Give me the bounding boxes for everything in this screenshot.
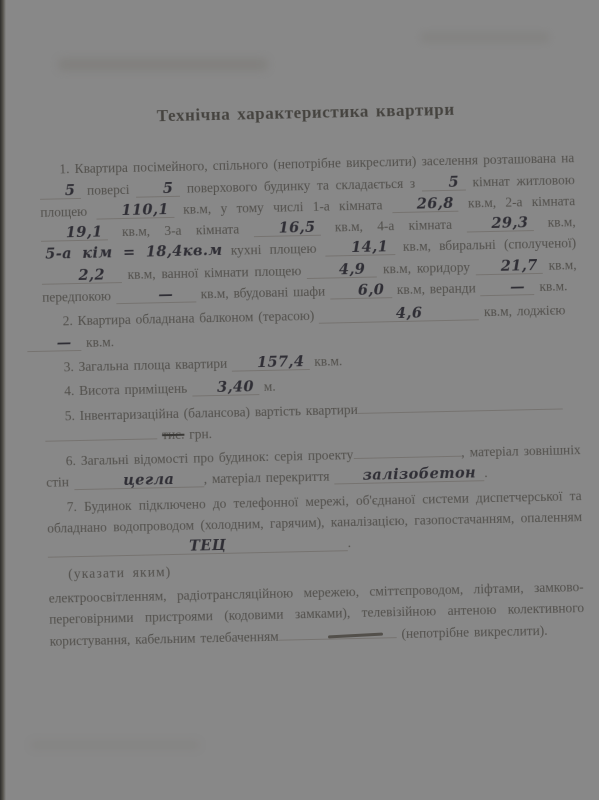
fill-front-hall: — — [116, 288, 196, 305]
printed-text: . — [347, 535, 351, 550]
handwritten-ceiling-height: 3,40 — [217, 378, 254, 396]
blank-cable-tv — [278, 624, 396, 640]
printed-text: кв.м, 2-а кімната — [468, 193, 575, 210]
fill-room2: 19,1 — [41, 226, 108, 242]
printed-text: поверсі — [87, 181, 130, 197]
printed-text: 7. Будинок підключено до телефонної мере… — [47, 488, 582, 536]
printed-text: кв.м. — [539, 278, 567, 294]
fill-toilet: 2,2 — [42, 268, 122, 285]
scanned-page: Технічна характеристика квартири 1. Квар… — [0, 0, 599, 800]
handwritten-room5-note: 5-а кім = 18,4кв.м — [45, 242, 223, 263]
fill-kitchen: 14,1 — [325, 241, 395, 258]
printed-text: 6. Загальні відомості про будинок: серія… — [66, 447, 354, 468]
printed-text: . — [484, 466, 488, 481]
handwritten-slab-material: залізобетон — [362, 465, 476, 484]
handwritten-room-count: 5 — [448, 173, 459, 190]
paragraph-7: 7. Будинок підключено до телефонної мере… — [47, 485, 583, 561]
fill-loggia: — — [27, 336, 81, 352]
fill-closets: 6,0 — [330, 283, 392, 299]
form-content: Технічна характеристика квартири 1. Квар… — [38, 96, 585, 654]
fill-veranda: — — [480, 280, 534, 296]
printed-text: кухні площею — [231, 241, 317, 258]
doc-title: Технічна характеристика квартири — [38, 96, 573, 129]
fill-floor: 5 — [40, 184, 81, 200]
printed-text: кв.м, у тому числі 1-а кімната — [183, 197, 383, 216]
blank-inventory-value — [358, 395, 563, 413]
printed-text: , матеріал перекриття — [204, 469, 330, 487]
fill-room-count: 5 — [422, 175, 466, 191]
fill-room3: 16,5 — [253, 221, 320, 237]
handwritten-room3: 16,5 — [278, 219, 315, 237]
printed-text: кв.м, лоджією — [484, 303, 566, 320]
handwritten-veranda-dash: — — [510, 278, 525, 295]
handwritten-total-area: 157,4 — [257, 353, 305, 371]
blank-project-series — [353, 443, 461, 459]
show-through-smudge — [420, 32, 550, 43]
handwritten-storeys: 5 — [163, 179, 174, 196]
handwritten-closets: 6,0 — [358, 281, 385, 299]
printed-text: м. — [264, 379, 276, 394]
fill-ceiling-height: 3,40 — [192, 380, 259, 396]
fill-bath: 4,9 — [307, 262, 377, 279]
paragraph-2: 2. Квартира обладнана балконом (терасою)… — [43, 299, 579, 353]
paragraph-1: 1. Квартира посімейного, спільного (непо… — [39, 147, 577, 308]
handwritten-living-area: 110,1 — [121, 201, 169, 219]
blank-inventory-value-continued — [45, 425, 157, 441]
printed-text: кв.м, вбудовані шафи — [200, 284, 325, 302]
fill-total-area: 157,4 — [232, 355, 310, 372]
fill-slab-material: залізобетон — [334, 467, 484, 485]
printed-text: 3. Загальна площа квартири — [64, 356, 228, 375]
handwritten-wall-material: цегла — [123, 471, 174, 489]
printed-text: поверхового будинку та складається з — [187, 175, 416, 195]
paragraph-8: електроосвітленням, радіотрансляційною м… — [49, 576, 585, 652]
printed-text: кв.м, 3-а кімната — [122, 222, 240, 240]
fill-living-area: 110,1 — [96, 203, 174, 220]
fill-wall-material: цегла — [74, 473, 204, 491]
handwritten-floor: 5 — [65, 182, 76, 199]
handwritten-front-hall-dash: — — [158, 286, 173, 303]
fill-room1: 26,8 — [392, 197, 459, 213]
show-through-smudge — [58, 58, 268, 71]
printed-text: кв.м, вбиральні (сполученої) — [403, 236, 577, 255]
fill-room4: 29,3 — [466, 216, 533, 232]
printed-text: кв.м, коридору — [383, 259, 470, 276]
printed-text: (непотрібне викреслити). — [401, 622, 547, 640]
printed-text: 5. Інвентаризаційна (балансова) вартість… — [65, 401, 358, 422]
handwritten-room4: 29,3 — [491, 214, 528, 232]
printed-text: 4. Висота приміщень — [64, 381, 187, 399]
printed-text: 2. Квартира обладнана балконом (терасою) — [63, 308, 315, 328]
printed-text: кв.м, — [548, 214, 576, 230]
handwritten-loggia-dash: — — [57, 334, 72, 351]
handwritten-toilet: 2,2 — [78, 266, 105, 284]
handwritten-kitchen: 14,1 — [351, 239, 388, 257]
paragraph-5: 5. Інвентаризаційна (балансова) вартість… — [45, 394, 581, 448]
printed-text: грн. — [189, 426, 212, 441]
handwritten-bath: 4,9 — [339, 261, 366, 279]
handwritten-corridor: 21,7 — [501, 257, 538, 275]
handwritten-room1: 26,8 — [417, 195, 454, 213]
printed-text: кв.м. — [86, 334, 114, 350]
fill-corridor: 21,7 — [476, 259, 543, 275]
printed-text: кв.м, веранди — [397, 280, 476, 297]
printed-text: кв.м. — [314, 353, 342, 369]
fill-heating: ТЕЦ — [48, 537, 348, 559]
handwritten-room2: 19,1 — [66, 224, 103, 242]
printed-text: кв.м, 4-а кімната — [335, 217, 453, 235]
paragraph-6: 6. Загальні відомості про будинок: серія… — [46, 439, 582, 493]
page-left-edge-shadow — [0, 0, 6, 800]
handwritten-balcony: 4,6 — [396, 305, 423, 323]
handwritten-heating: ТЕЦ — [189, 537, 226, 555]
printed-text: кв.м, ванної кімнати площею — [127, 263, 301, 282]
fill-balcony: 4,6 — [319, 306, 479, 324]
show-through-smudge — [30, 740, 200, 750]
printed-text-struck: тис. — [162, 427, 185, 442]
fill-storeys: 5 — [136, 181, 180, 197]
